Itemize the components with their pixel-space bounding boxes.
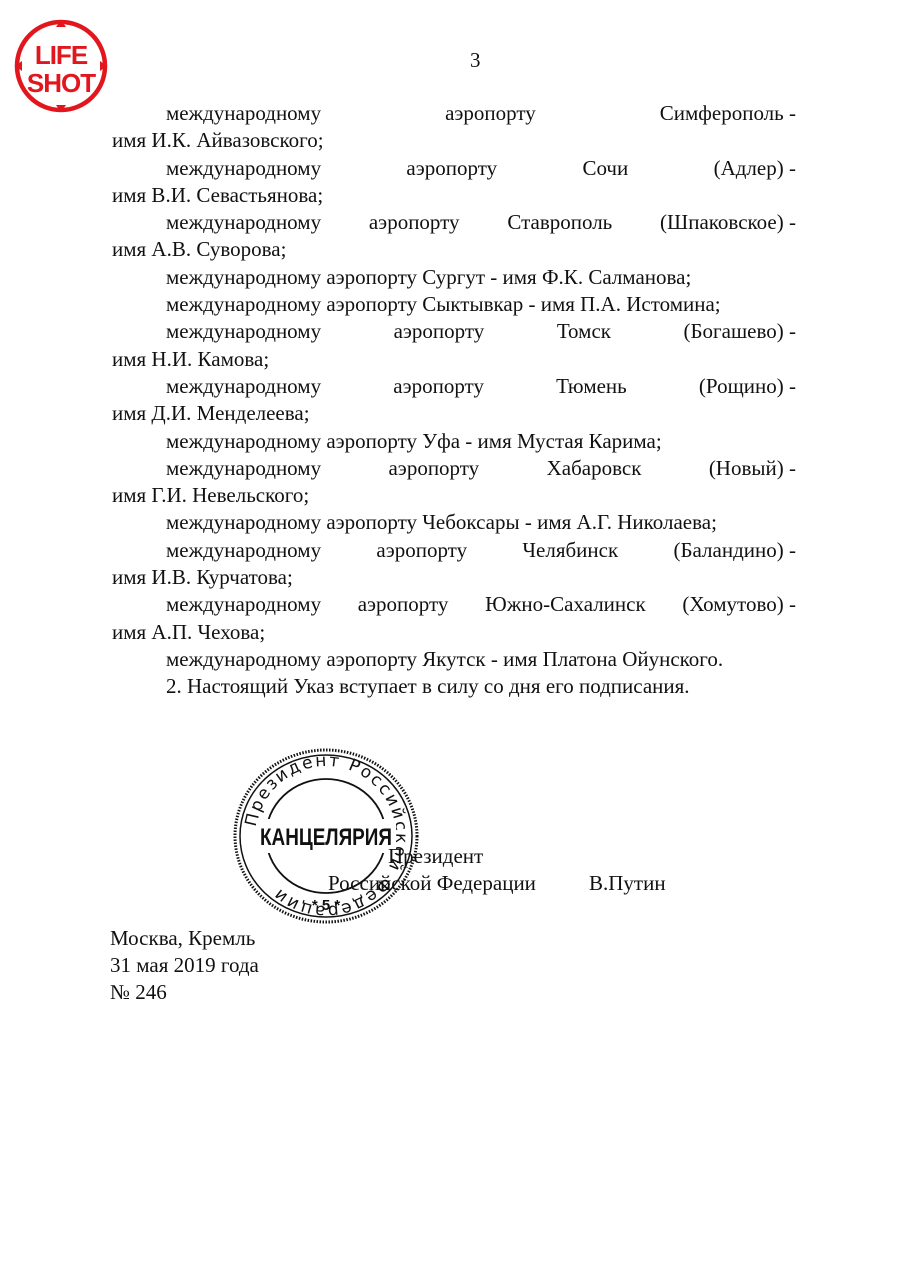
entry-word: международному [166, 537, 321, 564]
entry-word: аэропорту [388, 455, 479, 482]
clause-2: 2. Настоящий Указ вступает в силу со дня… [112, 673, 796, 700]
decree-body: международномуаэропортуСимферополь -имя … [112, 100, 796, 701]
entry-word: Томск [557, 318, 611, 345]
airport-entry-line: международномуаэропортуТюмень(Рощино) - [112, 373, 796, 400]
footer-place: Москва, Кремль [110, 925, 259, 952]
entry-word: аэропорту [445, 100, 536, 127]
entry-word: аэропорту [369, 209, 460, 236]
airport-honoree: имя А.В. Суворова; [112, 236, 796, 263]
entry-word: аэропорту [406, 155, 497, 182]
entry-word: (Хомутово) - [682, 591, 796, 618]
seal-center-text: КАНЦЕЛЯРИЯ [260, 824, 392, 851]
airport-entry: международному аэропорту Сургут - имя Ф.… [112, 264, 796, 291]
entry-word: Сочи [582, 155, 628, 182]
airport-honoree: имя И.В. Курчатова; [112, 564, 796, 591]
entry-word: Южно-Сахалинск [485, 591, 646, 618]
airport-honoree: имя И.К. Айвазовского; [112, 127, 796, 154]
airport-entry-line: международномуаэропортуЮжно-Сахалинск(Хо… [112, 591, 796, 618]
airport-entry-line: международномуаэропортуСтаврополь(Шпаков… [112, 209, 796, 236]
entry-word: международному [166, 591, 321, 618]
airport-entry: международному аэропорту Сыктывкар - имя… [112, 291, 796, 318]
signature-title-line1: Президент [388, 844, 483, 869]
airport-honoree: имя Н.И. Камова; [112, 346, 796, 373]
entry-word: Хабаровск [547, 455, 642, 482]
entry-word: международному [166, 318, 321, 345]
entry-word: (Адлер) - [714, 155, 796, 182]
entry-word: аэропорту [376, 537, 467, 564]
footer-date: 31 мая 2019 года [110, 952, 259, 979]
seal-number: * 5 * [312, 897, 341, 914]
entry-word: международному [166, 100, 321, 127]
airport-entry-line: международномуаэропортуХабаровск(Новый) … [112, 455, 796, 482]
decree-footer: Москва, Кремль 31 мая 2019 года № 246 [110, 925, 259, 1006]
entry-word: Симферополь - [660, 100, 796, 127]
airport-entry-line: международномуаэропортуТомск(Богашево) - [112, 318, 796, 345]
airport-entry: международному аэропорту Якутск - имя Пл… [112, 646, 796, 673]
entry-word: Тюмень [556, 373, 627, 400]
entry-word: международному [166, 209, 321, 236]
airport-honoree: имя Г.И. Невельского; [112, 482, 796, 509]
airport-entry-line: международномуаэропортуСимферополь - [112, 100, 796, 127]
entry-word: аэропорту [394, 318, 485, 345]
airport-honoree: имя В.И. Севастьянова; [112, 182, 796, 209]
airport-entry: международному аэропорту Чебоксары - имя… [112, 509, 796, 536]
official-seal: Президент Российской Федерации КАНЦЕЛЯРИ… [232, 747, 420, 925]
entry-word: Челябинск [522, 537, 618, 564]
entry-word: Ставрополь [507, 209, 612, 236]
lifeshot-logo: LIFE SHOT [10, 16, 112, 116]
entry-word: (Рощино) - [699, 373, 796, 400]
entry-word: (Шпаковское) - [660, 209, 796, 236]
entry-word: аэропорту [358, 591, 449, 618]
airport-honoree: имя А.П. Чехова; [112, 619, 796, 646]
entry-word: аэропорту [393, 373, 484, 400]
logo-line2: SHOT [27, 68, 96, 98]
airport-entry-line: международномуаэропортуСочи(Адлер) - [112, 155, 796, 182]
entry-word: международному [166, 455, 321, 482]
entry-word: международному [166, 155, 321, 182]
airport-entry: международному аэропорту Уфа - имя Муста… [112, 428, 796, 455]
entry-word: (Богашево) - [684, 318, 797, 345]
entry-word: (Баландино) - [673, 537, 796, 564]
signature-name: В.Путин [589, 871, 666, 896]
page-number: 3 [470, 48, 481, 73]
entry-word: международному [166, 373, 321, 400]
airport-honoree: имя Д.И. Менделеева; [112, 400, 796, 427]
footer-number: № 246 [110, 979, 259, 1006]
entry-word: (Новый) - [709, 455, 796, 482]
signature-title-line2: Российской Федерации [328, 871, 536, 896]
logo-line1: LIFE [35, 40, 88, 70]
airport-entry-line: международномуаэропортуЧелябинск(Баланди… [112, 537, 796, 564]
